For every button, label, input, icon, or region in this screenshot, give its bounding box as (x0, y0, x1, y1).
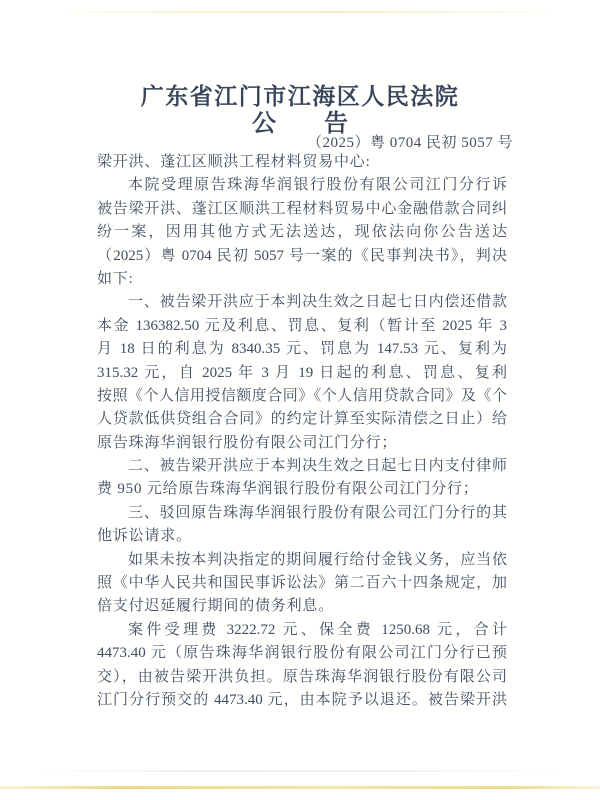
scan-artifact-line-middle (30, 770, 570, 772)
text-line: 被告梁开洪、蓬江区顺洪工程材料贸易中心金融借款合同纠 (97, 198, 507, 221)
case-number: （2025）粤 0704 民初 5057 号 (97, 131, 513, 152)
text-line: 315.32 元，自 2025 年 3 月 19 日起的利息、罚息、复利 (97, 362, 507, 385)
notice-body: 梁开洪、蓬江区顺洪工程材料贸易中心: 本院受理原告珠海华润银行股份有限公司江门分… (97, 151, 507, 712)
text-line: 月 18 日的利息为 8340.35 元、罚息为 147.53 元、复利为 (97, 338, 507, 361)
text-line: 纷一案，因用其他方式无法送达，现依法向你公告送达 (97, 221, 507, 244)
text-line: 倍支付迟延履行期间的债务利息。 (97, 595, 507, 618)
text-line: 如果未按本判决指定的期间履行给付金钱义务，应当依 (97, 549, 507, 572)
text-line: （2025）粤 0704 民初 5057 号一案的《民事判决书》，判决 (97, 245, 507, 268)
text-line: 本院受理原告珠海华润银行股份有限公司江门分行诉 (97, 174, 507, 197)
text-line: 本金 136382.50 元及利息、罚息、复利（暂计至 2025 年 3 (97, 315, 507, 338)
text-line: 4473.40 元（原告珠海华润银行股份有限公司江门分行已预 (97, 642, 507, 665)
text-line: 交），由被告梁开洪负担。原告珠海华润银行股份有限公司 (97, 666, 507, 689)
text-line: 案件受理费 3222.72 元、保全费 1250.68 元，合计 (97, 619, 507, 642)
text-line: 按照《个人信用授信额度合同》《个人信用贷款合同》及《个 (97, 385, 507, 408)
scanned-document-page: 广东省江门市江海区人民法院 公 告 （2025）粤 0704 民初 5057 号… (0, 0, 600, 800)
text-line: 江门分行预交的 4473.40 元，由本院予以退还。被告梁开洪 (97, 689, 507, 712)
text-line: 照《中华人民共和国民事诉讼法》第二百六十四条规定，加 (97, 572, 507, 595)
text-line: 人贷款低供贷组合合同》的约定计算至实际清偿之日止）给 (97, 408, 507, 431)
text-line: 一、被告梁开洪应于本判决生效之日起七日内偿还借款 (97, 291, 507, 314)
text-line: 他诉讼请求。 (97, 525, 507, 548)
text-line: 原告珠海华润银行股份有限公司江门分行； (97, 432, 507, 455)
text-line: 三、驳回原告珠海华润银行股份有限公司江门分行的其 (97, 502, 507, 525)
scan-artifact-line-top (60, 11, 560, 13)
text-line: 二、被告梁开洪应于本判决生效之日起七日内支付律师 (97, 455, 507, 478)
text-line: 如下: (97, 268, 507, 291)
text-line: 梁开洪、蓬江区顺洪工程材料贸易中心: (97, 151, 507, 174)
text-line: 费 950 元给原告珠海华润银行股份有限公司江门分行； (97, 478, 507, 501)
scan-artifact-line-bottom (0, 786, 600, 789)
